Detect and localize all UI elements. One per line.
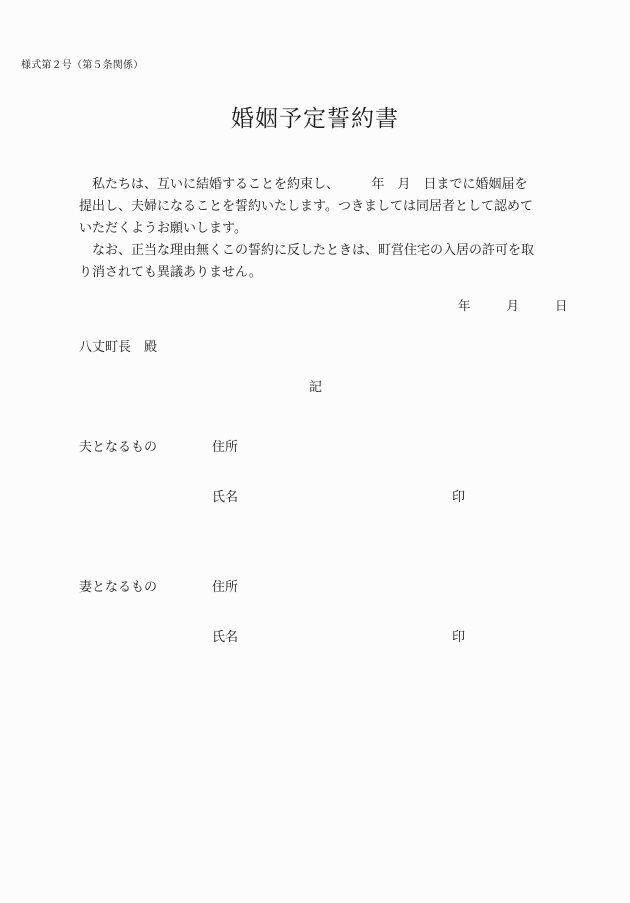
husband-role-label: 夫となるもの — [79, 436, 157, 455]
paragraph-2: なお、正当な理由無くこの誓約に反したときは、町営住宅の入居の許可を取 り消されて… — [79, 240, 557, 284]
wife-address-label: 住所 — [212, 576, 238, 595]
body-line: 私たちは、互いに結婚することを約束し、 年 月 日までに婚姻届を — [79, 174, 557, 196]
month-label: 月 — [506, 296, 519, 314]
wife-name-label: 氏名 — [212, 626, 238, 645]
body-line: り消されても異議ありません。 — [79, 262, 557, 284]
husband-address-label: 住所 — [212, 436, 238, 455]
pledge-body: 私たちは、互いに結婚することを約束し、 年 月 日までに婚姻届を 提出し、夫婦に… — [79, 174, 557, 284]
husband-seal-label: 印 — [452, 486, 465, 505]
body-line: なお、正当な理由無くこの誓約に反したときは、町営住宅の入居の許可を取 — [79, 240, 557, 262]
body-line: 提出し、夫婦になることを誓約いたします。つきましては同居者として認めて — [79, 196, 557, 218]
husband-name-label: 氏名 — [212, 486, 238, 505]
day-label: 日 — [555, 296, 568, 314]
date-line: 年 月 日 — [458, 296, 567, 314]
wife-role-label: 妻となるもの — [79, 576, 157, 595]
document-title: 婚姻予定誓約書 — [0, 100, 630, 133]
year-label: 年 — [458, 296, 471, 314]
wife-seal-label: 印 — [452, 626, 465, 645]
form-number: 様式第２号（第５条関係） — [21, 56, 143, 71]
body-line: いただくようお願いします。 — [79, 218, 557, 240]
paragraph-1: 私たちは、互いに結婚することを約束し、 年 月 日までに婚姻届を 提出し、夫婦に… — [79, 174, 557, 240]
record-label: 記 — [309, 376, 322, 395]
addressee: 八丈町長 殿 — [79, 336, 157, 355]
